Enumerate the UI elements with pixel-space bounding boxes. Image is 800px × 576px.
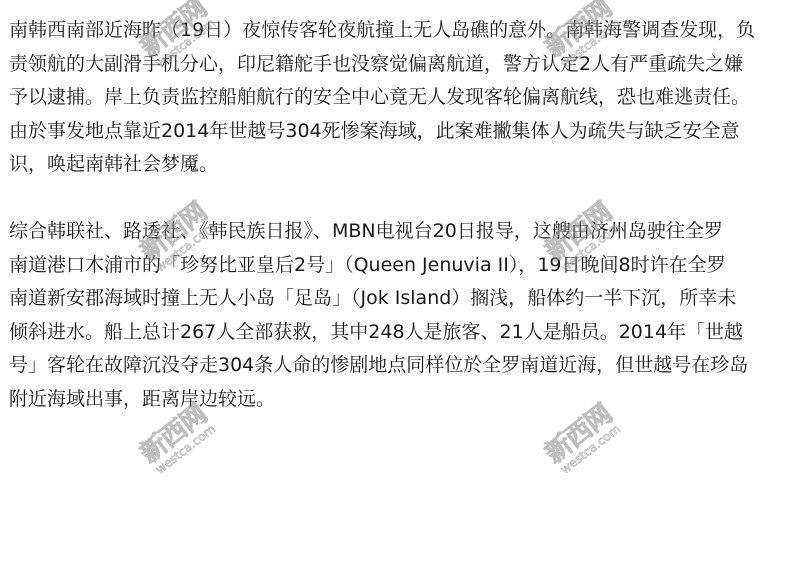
paragraph-2: 综合韩联社、路透社、《韩民族日报》、MBN电视台20日报导，这艘由济州岛驶往全罗… [9, 215, 795, 417]
text-line: 识，唤起南韩社会梦魇。 [9, 148, 795, 182]
text-line: 予以逮捕。岸上负责监控船舶航行的安全中心竟无人发现客轮偏离航线，恐也难逃责任。 [9, 81, 795, 115]
text-line: 附近海域出事，距离岸边较远。 [9, 383, 795, 417]
text-line: 南道港口木浦市的「珍努比亚皇后2号」（Queen Jenuvia II），19日… [9, 249, 795, 283]
article-body: 南韩西南部近海昨（19日）夜惊传客轮夜航撞上无人岛礁的意外。南韩海警调查发现，负… [9, 14, 795, 417]
text-line: 责领航的大副滑手机分心，印尼籍舵手也没察觉偏离航道，警方认定2人有严重疏失之嫌 [9, 48, 795, 82]
text-line: 南韩西南部近海昨（19日）夜惊传客轮夜航撞上无人岛礁的意外。南韩海警调查发现，负 [9, 14, 795, 48]
text-line: 综合韩联社、路透社、《韩民族日报》、MBN电视台20日报导，这艘由济州岛驶往全罗 [9, 215, 795, 249]
paragraph-spacer [9, 182, 795, 215]
paragraph-1: 南韩西南部近海昨（19日）夜惊传客轮夜航撞上无人岛礁的意外。南韩海警调查发现，负… [9, 14, 795, 182]
text-line: 号」客轮在故障沉没夺走304条人命的惨剧地点同样位於全罗南道近海，但世越号在珍岛 [9, 349, 795, 383]
text-line: 由於事发地点靠近2014年世越号304死惨案海域，此案难撇集体人为疏失与缺乏安全… [9, 115, 795, 149]
text-line: 南道新安郡海域时撞上无人小岛「足岛」（Jok Island）搁浅，船体约一半下沉… [9, 282, 795, 316]
text-line: 倾斜进水。船上总计267人全部获救，其中248人是旅客、21人是船员。2014年… [9, 316, 795, 350]
